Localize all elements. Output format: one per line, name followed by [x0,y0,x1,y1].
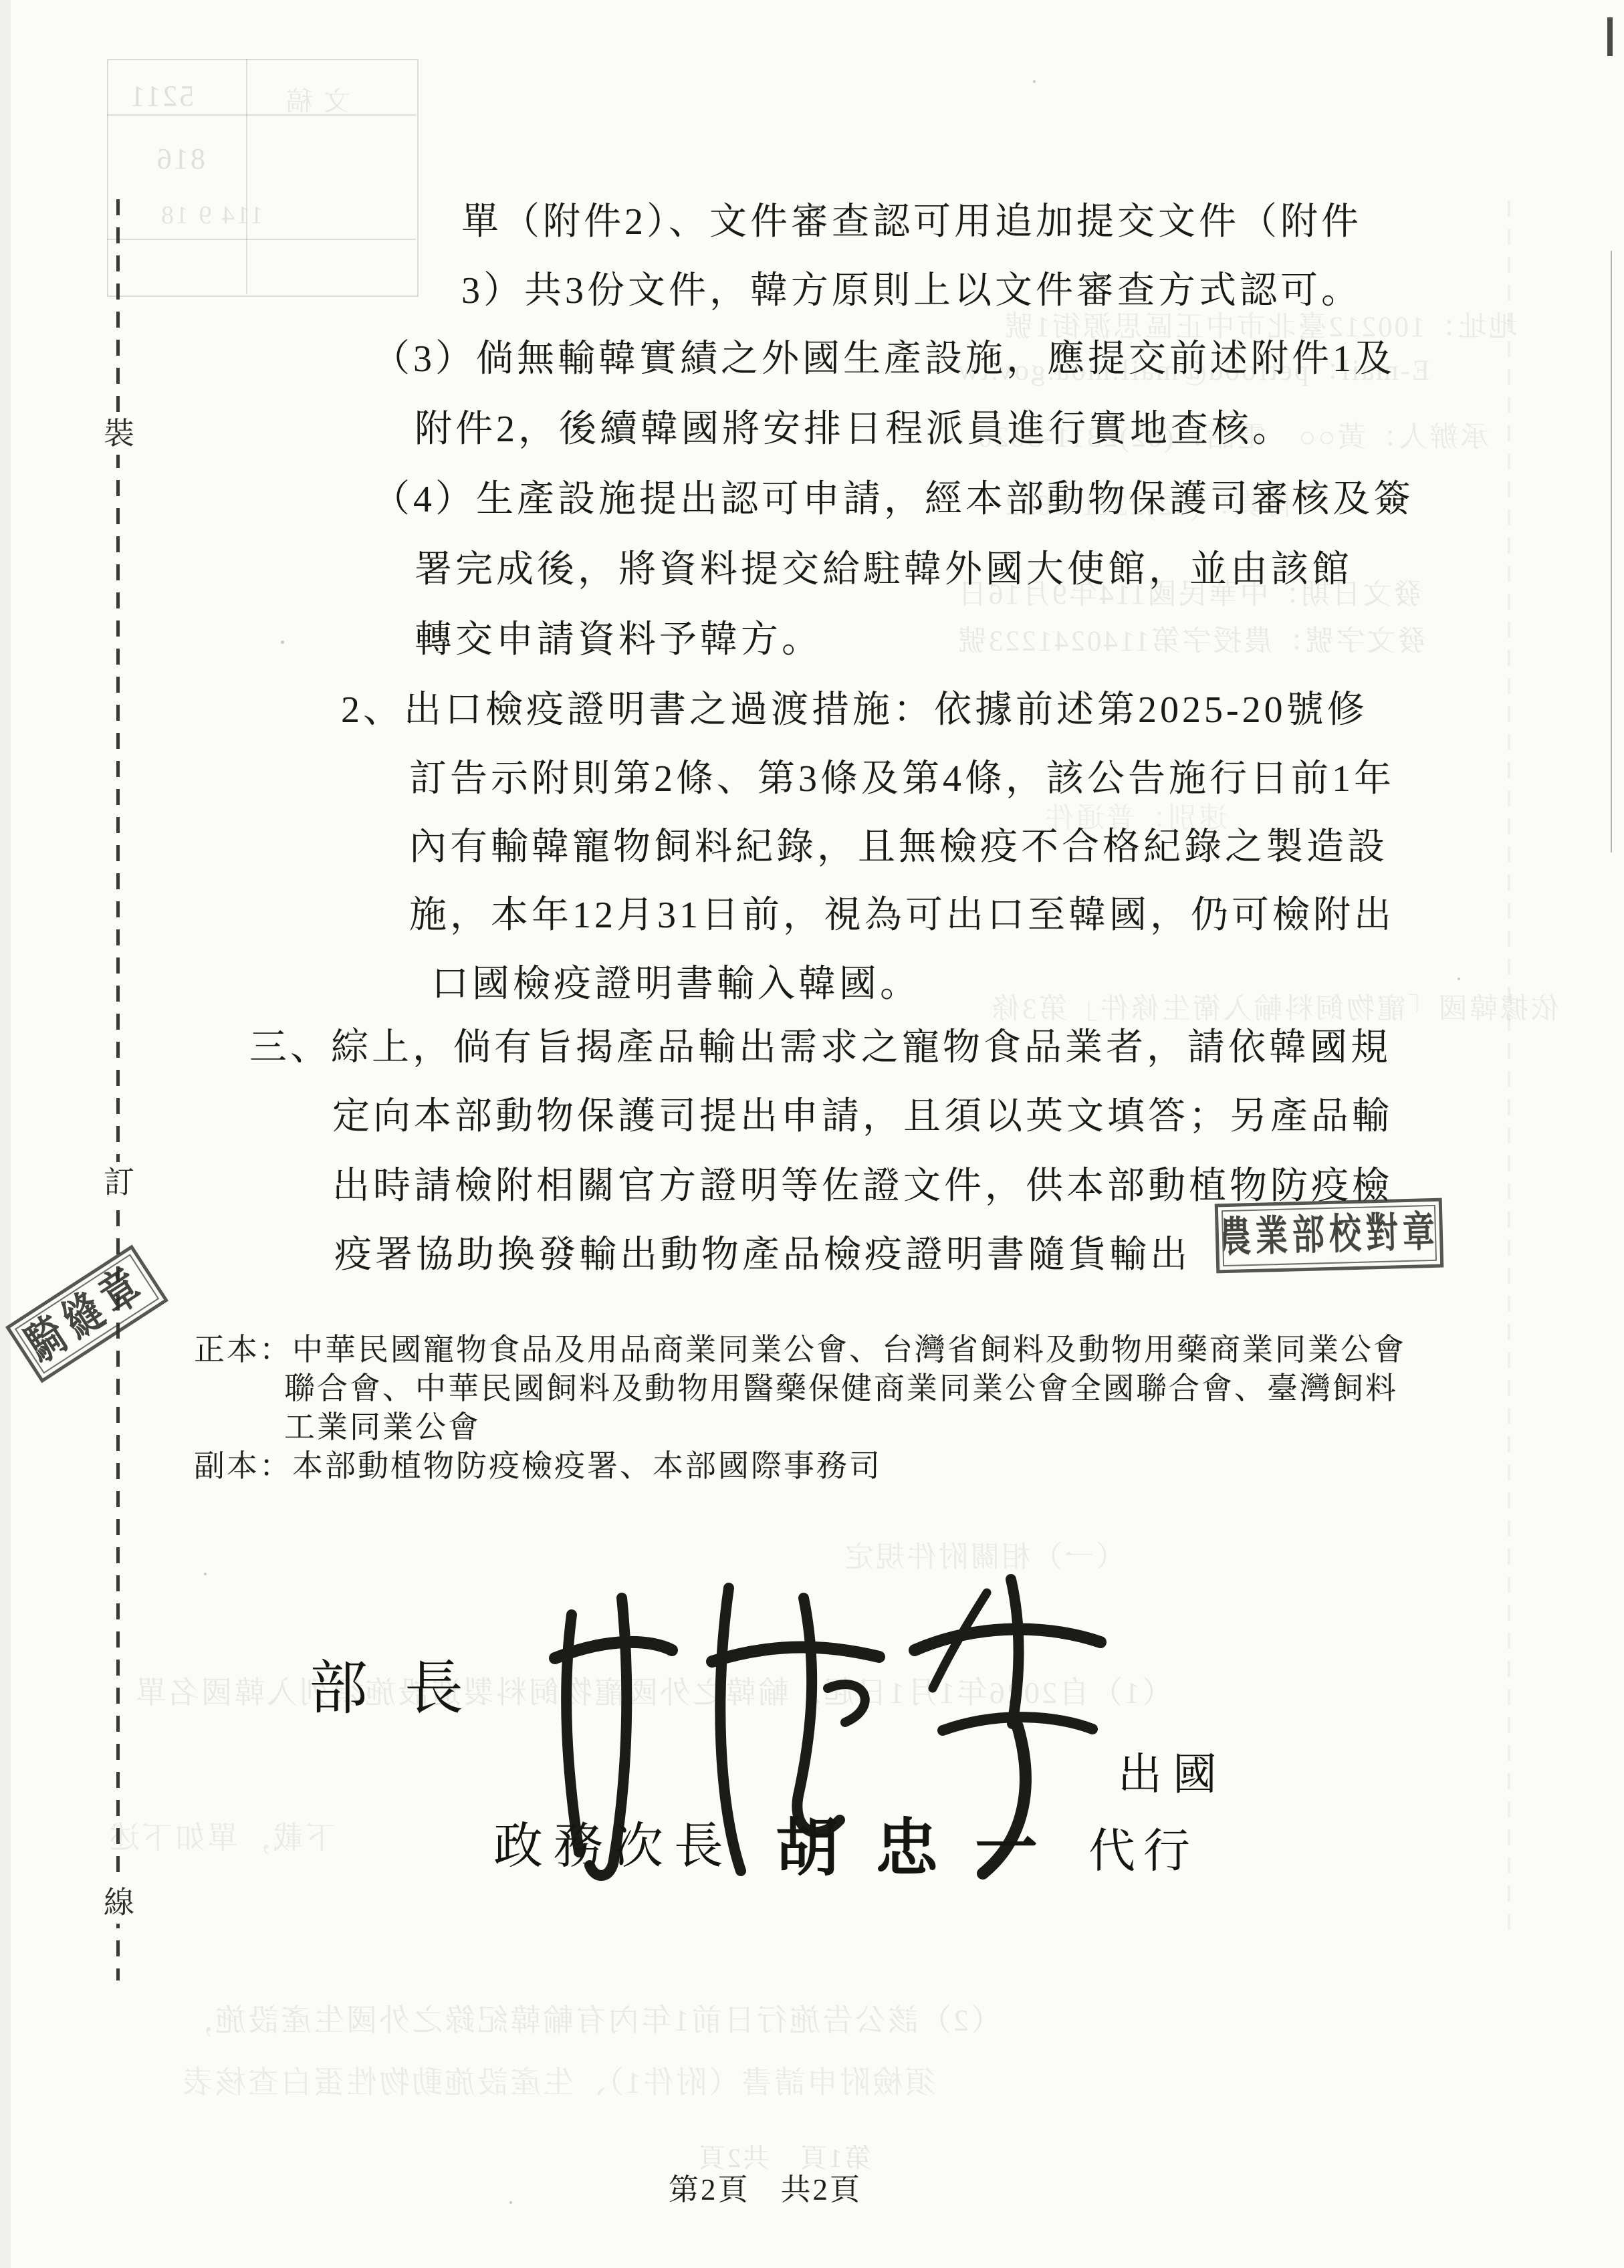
bleedthrough-box-line [107,114,416,116]
body-line: 署完成後，將資料提交給駐韓外國大使館，並由該館 [415,540,1353,593]
minister-title: 部長 [309,1641,500,1726]
copy-label: 副本： [194,1449,292,1483]
approval-seal: 農業部校對章 [1215,1198,1444,1274]
body-line: 3）共3份文件，韓方原則上以文件審查方式認可。 [461,261,1362,314]
recipients-original-line2: 聯合會、中華民國飼料及動物用醫藥保健商業同業公會全國聯合會、臺灣飼料 [284,1364,1398,1408]
bleedthrough-box-line [107,239,416,240]
binding-mark-zhuang: 裝 [102,413,136,455]
body-line: 定向本部動物保護司提出申請，且須以英文填答；另產品輸 [332,1087,1393,1140]
scan-speck [204,1573,207,1575]
body-line: 口國檢疫證明書輸入韓國。 [431,954,921,1008]
deputy-title: 政務次長 [493,1807,734,1878]
bleedthrough-digits: 114 9 18 [159,201,263,230]
body-line: 疫署協助換發輸出動物產品檢疫證明書隨貨輸出 [334,1225,1191,1278]
body-line: 單（附件2）、文件審查認可用追加提交文件（附件 [461,192,1362,245]
body-line: （4）生產設施提出認可申請，經本部動物保護司審核及簽 [372,469,1414,523]
scan-edge-shade [0,0,11,2268]
binding-mark-xian: 線 [102,1882,136,1924]
body-line: 施，本年12月31日前，視為可出口至韓國，仍可檢附出 [409,885,1395,939]
body-line: 內有輸韓寵物飼料紀錄，且無檢疫不合格紀錄之製造設 [409,817,1388,871]
recipients-copy-line: 副本：本部動植物防疫檢疫署、本部國際事務司 [194,1442,882,1486]
recipients-original-line1: 正本：中華民國寵物食品及用品商業同業公會、台灣省飼料及動物用藥商業同業公會 [194,1325,1406,1369]
minister-status: 出國 [1118,1738,1228,1802]
approval-seal-text: 農業部校對章 [1222,1212,1437,1259]
binding-mark-ding: 訂 [102,1162,136,1204]
footer-page-number: 第2頁 [669,2173,750,2206]
body-line: 訂告示附則第2條、第3條及第4條，該公告施行日前1年 [409,749,1395,802]
body-line: 附件2，後續韓國將安排日程派員進行實地查核。 [415,399,1293,453]
deputy-name: 胡忠一 [776,1797,1074,1888]
original-text-1: 中華民國寵物食品及用品商業同業公會、台灣省飼料及動物用藥商業同業公會 [292,1333,1406,1367]
body-line: （3）倘無輸韓實績之外國生產設施，應提交前述附件1及 [372,329,1395,382]
scanned-document-page: 5211 816 114 9 18 文 稿 地址：100212臺北市中正區思源街… [0,0,1624,2268]
body-line: 出時請檢附相關官方證明等佐證文件，供本部動植物防疫檢 [332,1156,1393,1210]
bleedthrough-text: 文 稿 [284,80,350,118]
binding-dashed-line [116,199,120,1980]
bleedthrough-digits: 816 [155,142,205,176]
edge-seal: 騎縫章 [5,1245,168,1383]
scan-speck [281,641,284,644]
bleedthrough-text: （2）該公告施行日前1年內有輸韓紀錄之外國生產設施， [181,1996,1002,2040]
bleedthrough-text: 發文字號：農授字第1140241223號 [956,618,1426,659]
footer-page-total: 共2頁 [781,2173,862,2206]
body-line: 三、綜上，倘有旨揭產品輸出需求之寵物食品業者，請依韓國規 [249,1018,1391,1071]
copy-text: 本部動植物防疫檢疫署、本部國際事務司 [292,1449,882,1483]
page-footer: 第2頁共2頁 [669,2165,862,2208]
bleedthrough-text: 須檢附申請書（附件1）、生產設施動物性蛋白查核表 [181,2058,936,2102]
scan-artifact-tick [1607,17,1613,56]
scan-speck [1033,80,1036,83]
bleedthrough-text: 下載，單如下述 [107,1813,336,1857]
recipients-original-line3: 工業同業公會 [284,1403,481,1447]
scan-speck [509,2201,512,2204]
bleedthrough-digits: 5211 [128,79,194,113]
scan-speck [1458,978,1460,980]
body-line: 轉交申請資料予韓方。 [415,610,822,663]
bleedthrough-binding-line [1508,201,1510,1939]
original-label: 正本： [194,1333,292,1367]
deputy-action: 代行 [1088,1813,1198,1881]
bleedthrough-box-line [246,59,247,294]
scan-artifact-line [1611,251,1612,853]
edge-seal-text: 騎縫章 [19,1258,155,1370]
body-line: 2、出口檢疫證明書之過渡措施：依據前述第2025-20號修 [341,680,1368,733]
